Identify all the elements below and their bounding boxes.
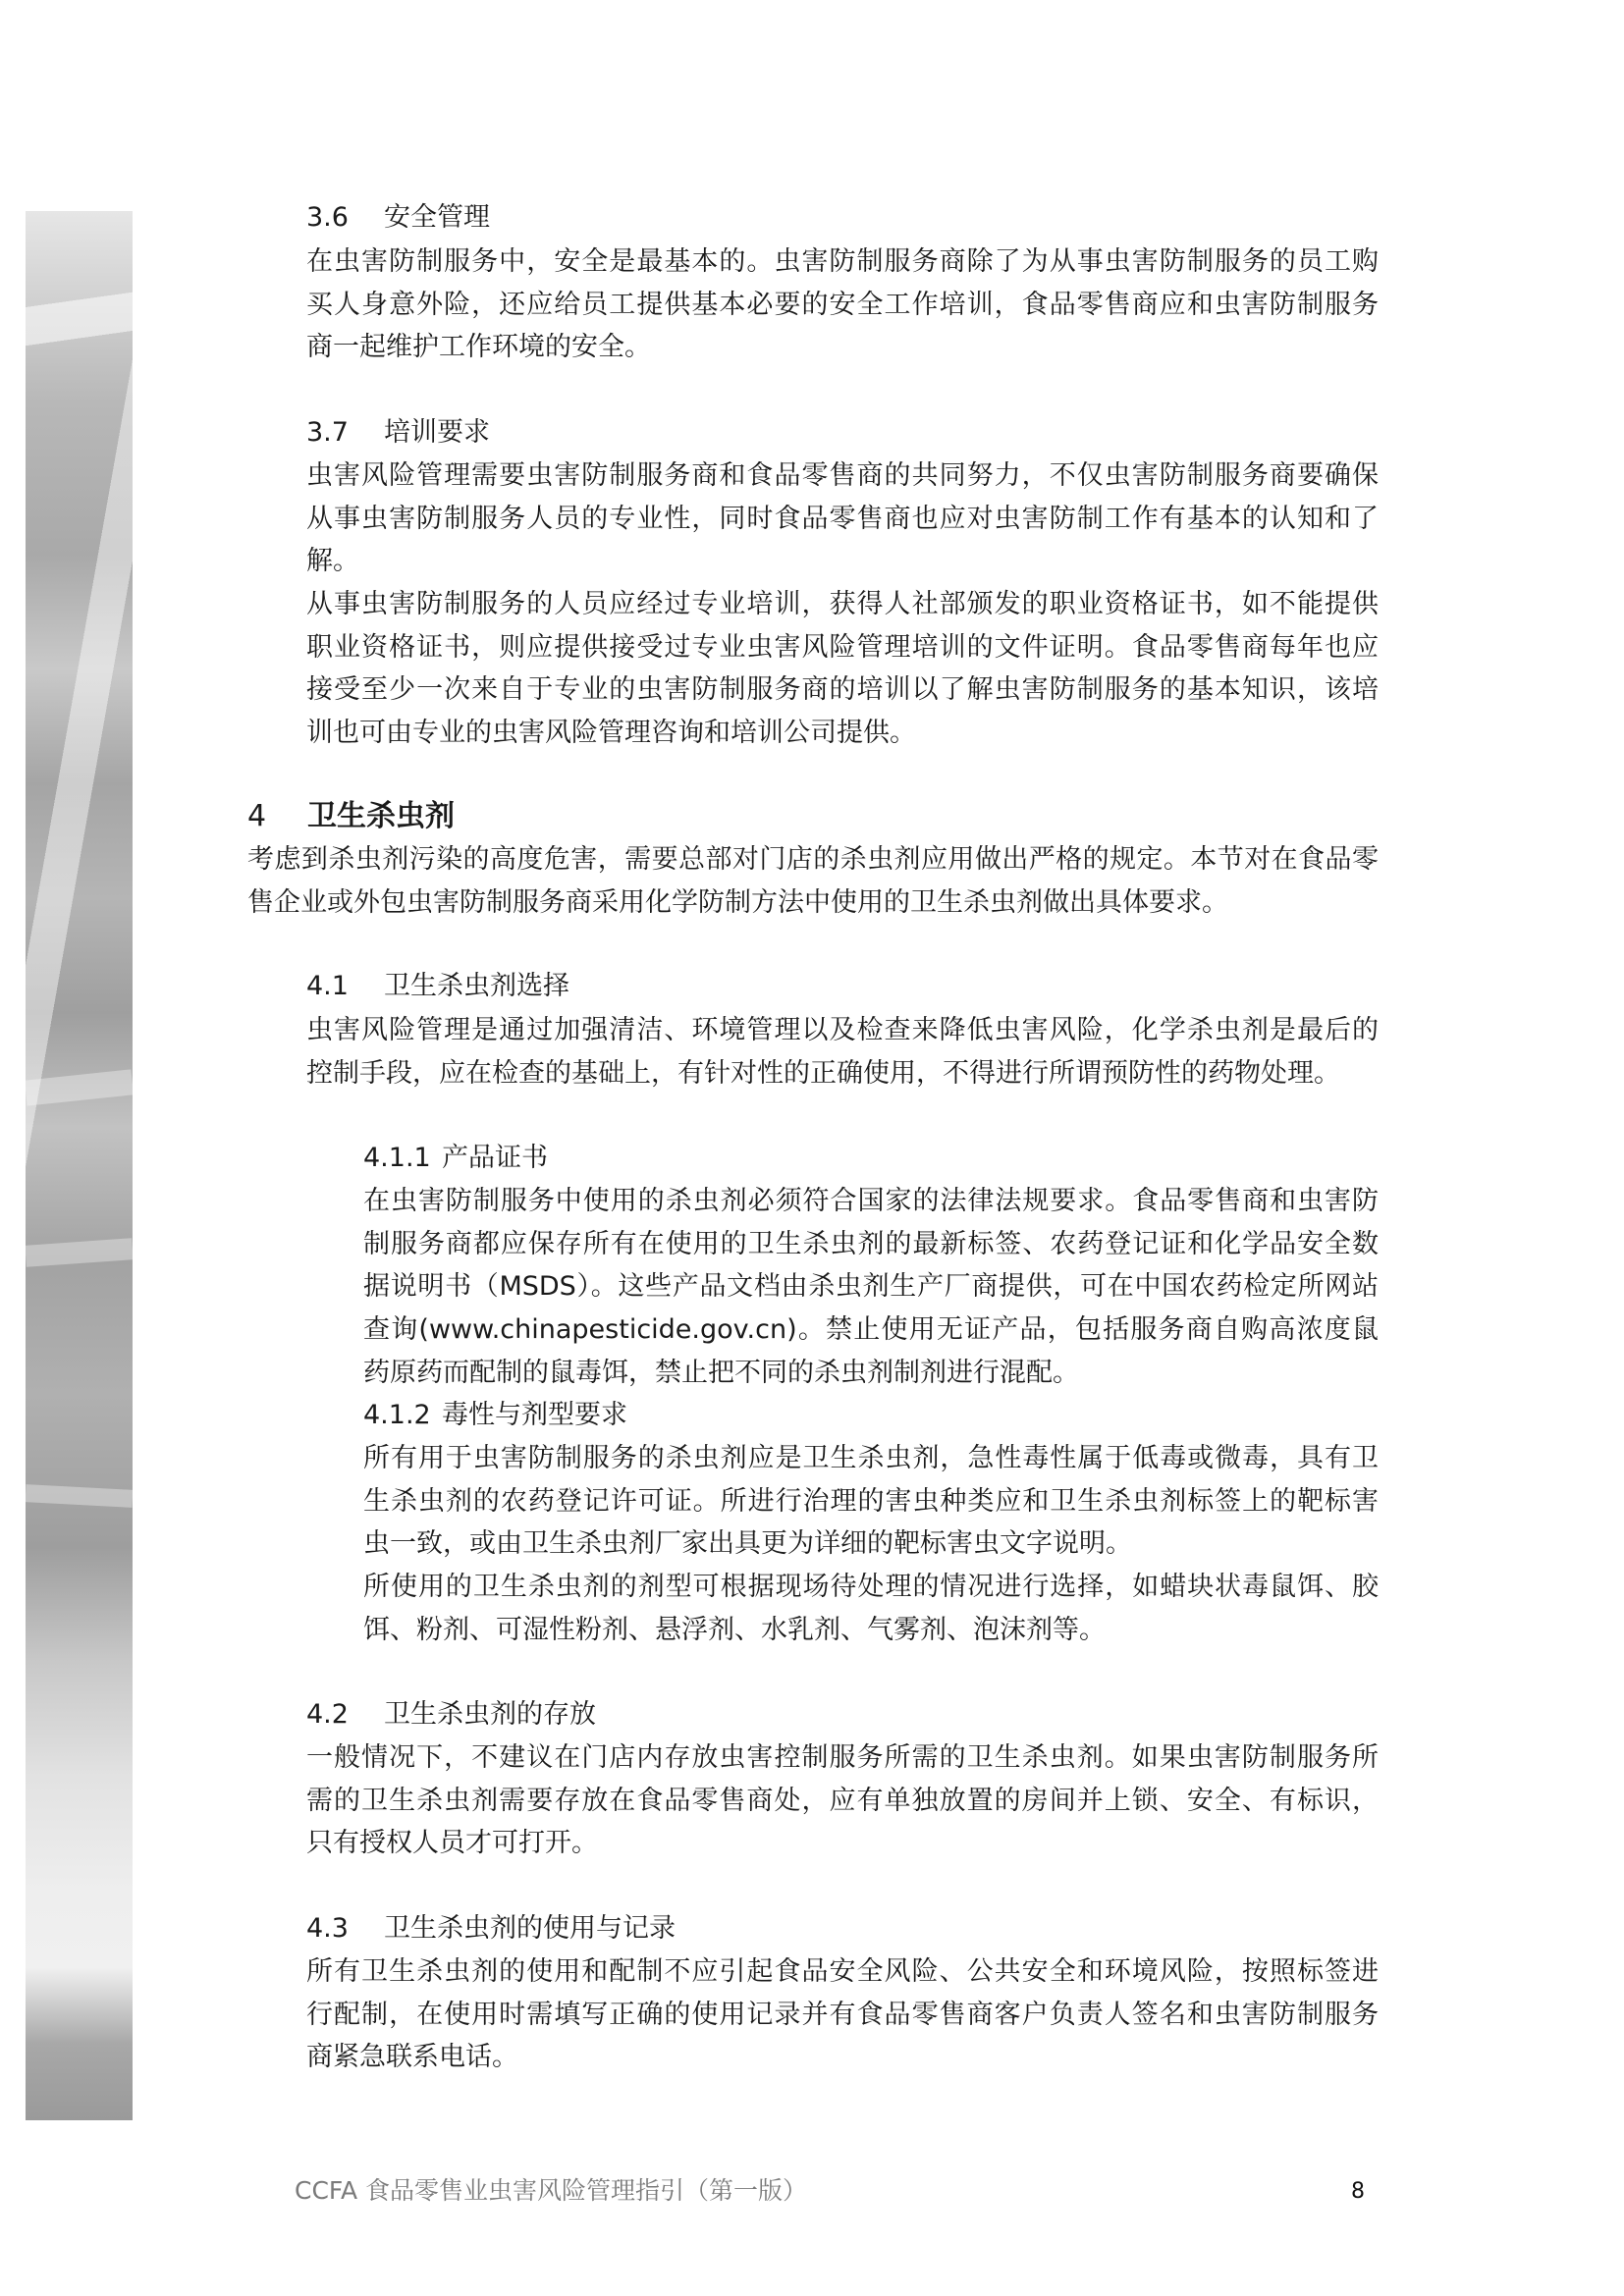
section-title: 培训要求	[384, 417, 490, 448]
paragraph-line: 从事虫害防制服务的人员应经过专业培训，获得人社部颁发的职业资格证书，如不能提供	[306, 587, 1379, 622]
paragraph-line: 职业资格证书，则应提供接受过专业虫害风险管理培训的文件证明。食品零售商每年也应	[306, 630, 1379, 666]
section-number: 3.7	[306, 415, 384, 451]
paragraph-line: 解。	[306, 544, 1379, 579]
subsection-title: 产品证书	[442, 1143, 548, 1173]
paragraph-line: 从事虫害防制服务人员的专业性，同时食品零售商也应对虫害防制工作有基本的认知和了	[306, 502, 1379, 537]
paragraph-line: 药原药而配制的鼠毒饵，禁止把不同的杀虫剂制剂进行混配。	[363, 1356, 1379, 1391]
page-number: 8	[1351, 2179, 1365, 2204]
subsection-title: 毒性与剂型要求	[442, 1400, 627, 1430]
section-heading-4-2: 4.2卫生杀虫剂的存放	[306, 1697, 596, 1733]
subsection-number: 4.1.1	[363, 1141, 442, 1176]
paragraph-line: 接受至少一次来自于专业的虫害防制服务商的培训以了解虫害防制服务的基本知识，该培	[306, 672, 1379, 708]
chapter-title: 卫生杀虫剂	[307, 799, 455, 833]
paragraph-line: 饵、粉剂、可湿性粉剂、悬浮剂、水乳剂、气雾剂、泡沫剂等。	[363, 1613, 1379, 1648]
paragraph-line: 在虫害防制服务中，安全是最基本的。虫害防制服务商除了为从事虫害防制服务的员工购	[306, 244, 1379, 280]
paragraph-line: 需的卫生杀虫剂需要存放在食品零售商处，应有单独放置的房间并上锁、安全、有标识，	[306, 1784, 1379, 1819]
chapter-number: 4	[247, 798, 307, 835]
paragraph-line: 行配制，在使用时需填写正确的使用记录并有食品零售商客户负责人签名和虫害防制服务	[306, 1998, 1379, 2033]
section-title: 卫生杀虫剂的存放	[384, 1699, 596, 1730]
section-number: 4.1	[306, 969, 384, 1004]
paragraph-line: 所使用的卫生杀虫剂的剂型可根据现场待处理的情况进行选择，如蜡块状毒鼠饵、胶	[363, 1570, 1379, 1605]
paragraph-line: 控制手段，应在检查的基础上，有针对性的正确使用，不得进行所谓预防性的药物处理。	[306, 1056, 1379, 1092]
subsection-heading-4-1-2: 4.1.2毒性与剂型要求	[363, 1398, 627, 1433]
paragraph-line: 考虑到杀虫剂污染的高度危害，需要总部对门店的杀虫剂应用做出严格的规定。本节对在食…	[247, 842, 1379, 878]
strip-highlight	[25, 1069, 134, 1105]
section-title: 卫生杀虫剂选择	[384, 971, 569, 1001]
footer-document-title: CCFA 食品零售业虫害风险管理指引（第一版）	[295, 2171, 807, 2207]
strip-highlight	[26, 1484, 134, 1508]
paragraph-line: 买人身意外险，还应给员工提供基本必要的安全工作培训，食品零售商应和虫害防制服务	[306, 288, 1379, 323]
paragraph-line: 商一起维护工作环境的安全。	[306, 330, 1379, 365]
strip-highlight	[25, 1238, 133, 1267]
section-title: 卫生杀虫剂的使用与记录	[384, 1913, 676, 1944]
chapter-heading-4: 4卫生杀虫剂	[247, 798, 455, 835]
paragraph-line: 虫害风险管理需要虫害防制服务商和食品零售商的共同努力，不仅虫害防制服务商要确保	[306, 458, 1379, 494]
section-number: 4.3	[306, 1911, 384, 1947]
paragraph-line: 只有授权人员才可打开。	[306, 1826, 1379, 1861]
section-heading-4-3: 4.3卫生杀虫剂的使用与记录	[306, 1911, 676, 1947]
section-title: 安全管理	[384, 202, 490, 233]
paragraph-line: 一般情况下，不建议在门店内存放虫害控制服务所需的卫生杀虫剂。如果虫害防制服务所	[306, 1740, 1379, 1776]
paragraph-line: 查询(www.chinapesticide.gov.cn)。禁止使用无证产品，包…	[363, 1312, 1379, 1348]
paragraph-line: 据说明书（MSDS）。这些产品文档由杀虫剂生产厂商提供，可在中国农药检定所网站	[363, 1269, 1379, 1305]
paragraph-line: 在虫害防制服务中使用的杀虫剂必须符合国家的法律法规要求。食品零售商和虫害防	[363, 1184, 1379, 1219]
paragraph-line: 商紧急联系电话。	[306, 2040, 1379, 2075]
section-heading-3-7: 3.7培训要求	[306, 415, 490, 451]
section-heading-3-6: 3.6安全管理	[306, 200, 490, 236]
paragraph-line: 生杀虫剂的农药登记许可证。所进行治理的害虫种类应和卫生杀虫剂标签上的靶标害	[363, 1484, 1379, 1520]
paragraph-line: 售企业或外包虫害防制服务商采用化学防制方法中使用的卫生杀虫剂做出具体要求。	[247, 885, 1379, 921]
subsection-heading-4-1-1: 4.1.1产品证书	[363, 1141, 548, 1176]
paragraph-line: 虫一致，或由卫生杀虫剂厂家出具更为详细的靶标害虫文字说明。	[363, 1526, 1379, 1562]
paragraph-line: 制服务商都应保存所有在使用的卫生杀虫剂的最新标签、农药登记证和化学品安全数	[363, 1227, 1379, 1262]
section-number: 4.2	[306, 1697, 384, 1733]
decorative-photo-strip	[26, 211, 133, 2120]
subsection-number: 4.1.2	[363, 1398, 442, 1433]
paragraph-line: 所有卫生杀虫剂的使用和配制不应引起食品安全风险、公共安全和环境风险，按照标签进	[306, 1954, 1379, 1990]
paragraph-line: 训也可由专业的虫害风险管理咨询和培训公司提供。	[306, 716, 1379, 751]
section-heading-4-1: 4.1卫生杀虫剂选择	[306, 969, 569, 1004]
section-number: 3.6	[306, 200, 384, 236]
paragraph-line: 虫害风险管理是通过加强清洁、环境管理以及检查来降低虫害风险，化学杀虫剂是最后的	[306, 1013, 1379, 1048]
paragraph-line: 所有用于虫害防制服务的杀虫剂应是卫生杀虫剂，急性毒性属于低毒或微毒，具有卫	[363, 1441, 1379, 1476]
